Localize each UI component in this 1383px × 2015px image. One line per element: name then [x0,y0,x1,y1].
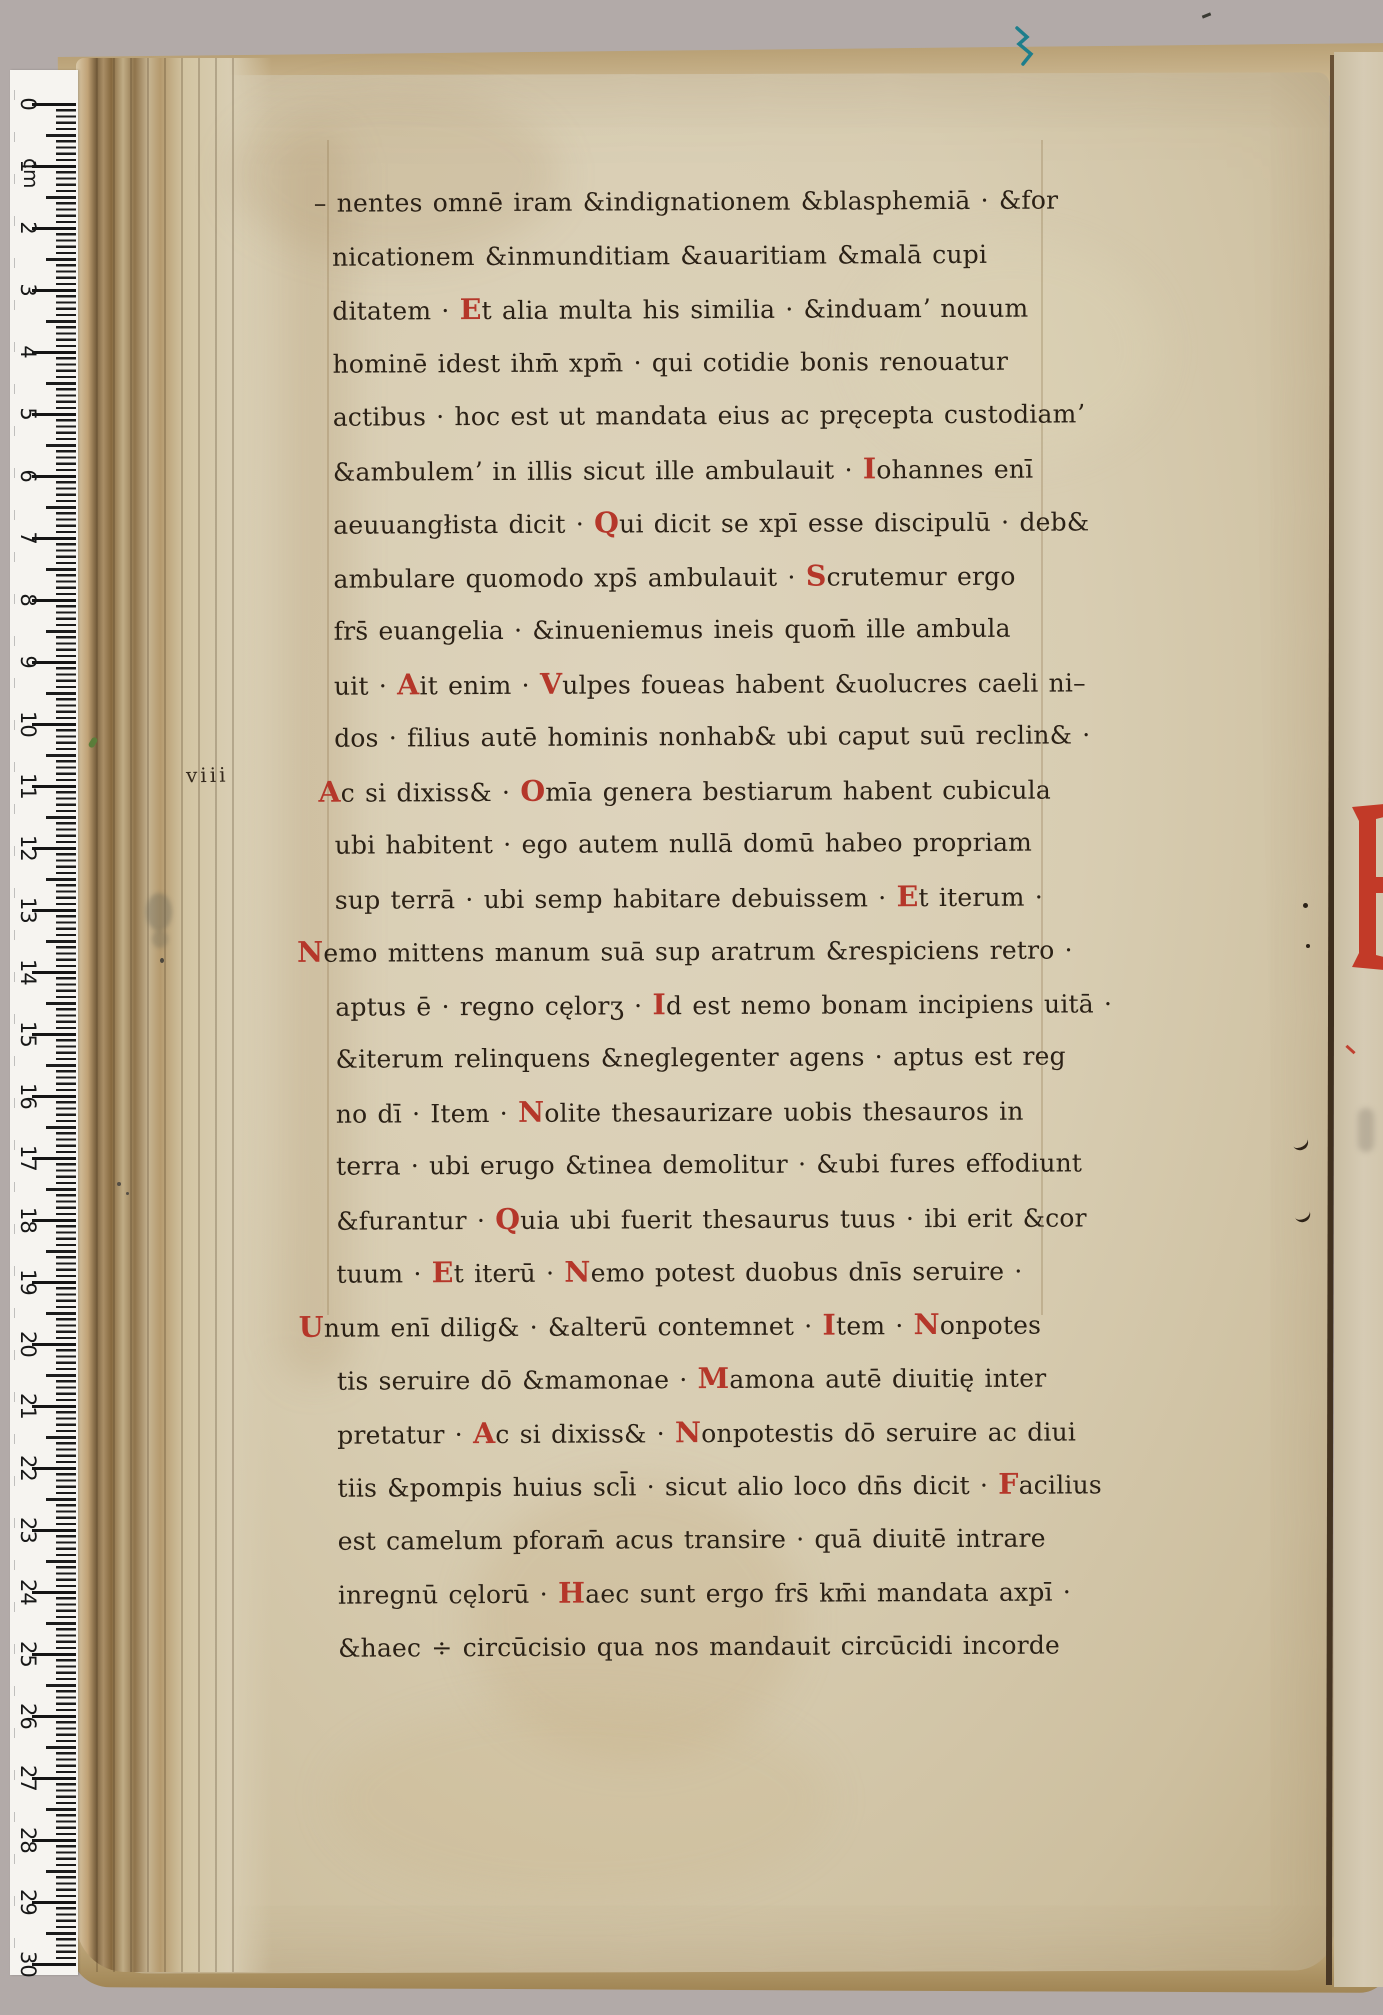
text-segment: c si dixiss& · [495,1419,675,1449]
manuscript-line: pretatur · Ac si dixiss& · Nonpotestis d… [337,1404,1114,1461]
ruler-half-cm-tick [46,1312,76,1315]
manuscript-line: nicationem &inmunditiam &auaritiam &malā… [332,227,1109,284]
ruler-half-cm-tick [46,754,76,757]
rubric-letter: M [698,1361,730,1395]
ruler-number: 27 [15,1765,41,1791]
ink-speck [160,958,164,963]
text-segment: uia ubi fuerit thesaurus tuus · ibi erit… [520,1203,1087,1234]
manuscript-line: tis seruire dō &mamonae · Mamona autē di… [337,1350,1114,1407]
facing-page-edge [1334,52,1383,1987]
rubric-letter: E [460,292,482,326]
ruler-number: 20 [15,1331,41,1357]
book-gutter-page-lines [96,58,246,1972]
margin-smudge [146,893,172,931]
ruler-half-cm-tick [46,878,76,881]
ruler-half-cm-tick [46,320,76,323]
text-segment: acilius [1019,1470,1102,1499]
manuscript-line: uit · Ait enim · Vulpes foueas habent &u… [334,655,1111,712]
ruler-number: 23 [15,1517,41,1543]
ruler-number: 24 [15,1579,41,1605]
text-segment: ambulare quomodo xps̄ ambulauit · [333,562,805,593]
ink-speck [126,1192,129,1195]
facing-page-red-initial [1346,803,1383,971]
ruler-number: 30 [15,1951,41,1977]
ruler-number: 22 [15,1455,41,1481]
ink-speck [1303,903,1308,908]
rubric-letter: N [297,935,323,969]
text-segment: tem · [836,1311,914,1340]
ruler-number: 19 [15,1269,41,1295]
ruler-half-cm-tick [46,444,76,447]
text-segment: olite thesaurizare uobis thesauros in [544,1096,1023,1127]
ruler-number: 4 [15,339,41,365]
ruler-number: 5 [15,401,41,427]
ruler-half-cm-tick [46,1064,76,1067]
ruler-half-cm-tick [46,816,76,819]
rubric-letter: O [520,773,545,807]
text-segment: t iterū · [454,1259,565,1288]
ruler-number: 2 [15,215,41,241]
text-segment: &iterum relinquens &neglegenter agens · … [336,1042,1066,1074]
ruler-number: 18 [15,1207,41,1233]
rubric-letter: I [863,451,877,485]
manuscript-line: sup terrā · ubi semp habitare debuissem … [335,869,1112,926]
rubric-letter: E [896,879,918,913]
ruler-number: 9 [15,649,41,675]
ruler-number: 7 [15,525,41,551]
text-segment: emo mittens manum suā sup aratrum &respi… [323,935,1073,967]
text-segment: &ambulemʼ in illis sicut ille ambulauit … [333,455,863,486]
text-segment: aec sunt ergo frs̄ km̄i mandata axpī · [585,1577,1071,1608]
manuscript-line: &ambulemʼ in illis sicut ille ambulauit … [333,441,1110,498]
ruler-half-cm-tick [46,1436,76,1439]
ruler-number: 8 [15,587,41,613]
rubric-letter: H [558,1576,585,1610]
parchment-stain [330,1700,830,1900]
rubric-letter: E [432,1255,454,1289]
ruler-half-cm-tick [46,1932,76,1935]
manuscript-line: &haec ÷ circūcisio qua nos mandauit circ… [338,1618,1115,1675]
text-segment: emo potest duobus dnīs seruire · [591,1257,1023,1288]
ruler-number: 14 [15,959,41,985]
text-segment: actibus · hoc est ut mandata eius ac prę… [333,399,1085,431]
ruler-half-cm-tick [46,1188,76,1191]
text-segment: num enī dilig& · &alterū contemnet · [324,1311,823,1342]
ruler-half-cm-tick [46,1808,76,1811]
ruler-half-cm-tick [46,382,76,385]
rubric-letter: I [822,1307,836,1341]
text-segment: &furantur · [336,1205,495,1235]
text-segment: amona autē diuitię inter [729,1364,1046,1394]
text-segment: dos · filius autē hominis nonhab& ubi ca… [334,720,1090,752]
text-segment: tuum · [336,1259,431,1288]
manuscript-line: tuum · Et iterū · Nemo potest duobus dnī… [336,1243,1113,1300]
text-segment: ui dicit se xpī esse discipulū · deb& [619,507,1089,538]
text-segment: ulpes foueas habent &uolucres caeli ni– [562,668,1086,699]
ruler: cm 0123456789101112131415161718192021222… [10,70,78,1975]
ruler-half-cm-tick [46,134,76,137]
manuscript-line: – nentes omnē iram &indignationem &blasp… [314,173,1109,230]
manuscript-line: frs̄ euangelia · &inueniemus ineis quom̄… [334,601,1111,658]
ruler-half-cm-tick [46,1622,76,1625]
ruler-half-cm-tick [46,1498,76,1501]
text-segment: ubi habitent · ego autem nullā domū habe… [335,828,1033,860]
text-segment: ohannes enī [876,454,1033,484]
manuscript-line: &iterum relinquens &neglegenter agens · … [335,1029,1112,1086]
ruler-half-cm-tick [46,258,76,261]
rubric-letter: N [914,1307,940,1341]
teal-thread-mark [1013,24,1043,68]
text-segment: frs̄ euangelia · &inueniemus ineis quom̄… [334,614,1011,646]
manuscript-line: no dī · Item · Nolite thesaurizare uobis… [336,1083,1113,1140]
ruler-number: 0 [15,91,41,117]
text-segment: uit · [334,671,397,700]
ink-speck [117,1182,121,1186]
text-segment: nicationem &inmunditiam &auaritiam &malā… [332,239,987,271]
text-segment: pretatur · [337,1420,473,1450]
rubric-letter: N [675,1415,701,1449]
text-segment: t alia multa his similia · &induamʼ nouu… [482,294,1029,325]
text-segment: hominē idest ihm̄ xpm̄ · qui cotidie bon… [332,346,1008,378]
ruler-half-cm-tick [46,568,76,571]
text-segment: mīa genera bestiarum habent cubicula [545,775,1051,806]
margin-smudge [152,930,168,948]
ruler-half-cm-tick [46,1870,76,1873]
ruler-half-cm-tick [46,1126,76,1129]
manuscript-line: actibus · hoc est ut mandata eius ac prę… [333,387,1110,444]
ruler-number: 3 [15,277,41,303]
rubric-letter: Q [495,1201,520,1235]
text-segment: crutemur ergo [827,561,1016,591]
rubric-letter: I [652,987,666,1021]
ruler-half-cm-tick [46,1250,76,1253]
manuscript-line: dos · filius autē hominis nonhab& ubi ca… [334,708,1111,765]
manuscript-line: ambulare quomodo xps̄ ambulauit · Scrute… [333,548,1110,605]
text-segment: no dī · Item · [336,1098,518,1128]
rubric-letter: N [564,1255,590,1289]
text-segment: c si dixiss& · [341,777,521,807]
text-segment: onpotes [940,1310,1041,1339]
text-segment: onpotestis dō seruire ac diui [701,1417,1076,1448]
text-segment: terra · ubi erugo &tinea demolitur · &ub… [336,1148,1082,1180]
ink-showthrough [1358,1108,1374,1152]
ruler-number: 28 [15,1827,41,1853]
text-segment: ditatem · [332,296,459,326]
ruler-number: 15 [15,1021,41,1047]
ruler-half-cm-tick [46,1374,76,1377]
rubric-letter: N [518,1094,544,1128]
ruler-number: 25 [15,1641,41,1667]
ruler-number: 17 [15,1145,41,1171]
rubric-letter: U [299,1309,324,1343]
rubric-letter: A [473,1415,495,1449]
text-segment: tiis &pompis huius scl̄i · sicut alio lo… [337,1471,998,1503]
ruler-number: 1 [15,153,41,179]
small-ink-tick [1202,12,1211,18]
ruler-number: 26 [15,1703,41,1729]
ruler-half-cm-tick [46,630,76,633]
rubric-letter: A [397,667,419,701]
ruler-number: 29 [15,1889,41,1915]
text-segment: d est nemo bonam incipiens uitā · [666,989,1112,1020]
rubric-letter: F [998,1467,1019,1501]
ruler-half-cm-tick [46,1746,76,1749]
ruler-half-cm-tick [46,1684,76,1687]
text-segment: – nentes omnē iram &indignationem &blasp… [314,186,1059,218]
text-segment: tis seruire dō &mamonae · [337,1365,698,1396]
text-segment: aptus ē · regno cęlorʒ · [335,991,652,1021]
ruler-half-cm-tick [46,196,76,199]
manuscript-line: Nemo mittens manum suā sup aratrum &resp… [297,922,1112,979]
manuscript-line: inregnū cęlorū · Haec sunt ergo frs̄ km̄… [338,1564,1115,1621]
manuscript-line: Ac si dixiss& · Omīa genera bestiarum ha… [318,762,1111,819]
ruler-half-cm-tick [46,506,76,509]
ruler-number: 13 [15,897,41,923]
manuscript-line: ubi habitent · ego autem nullā domū habe… [335,815,1112,872]
ruler-number: 16 [15,1083,41,1109]
ruler-number: 11 [15,773,41,799]
text-block: – nentes omnē iram &indignationem &blasp… [332,173,1115,1674]
ruler-half-cm-tick [46,692,76,695]
ruler-number: 10 [15,711,41,737]
ruling-line-left [327,140,329,1315]
manuscript-line: terra · ubi erugo &tinea demolitur · &ub… [336,1136,1113,1193]
ruler-number: 6 [15,463,41,489]
manuscript-line: &furantur · Quia ubi fuerit thesaurus tu… [336,1190,1113,1247]
text-segment: est camelum pforam̄ acus transire · quā … [338,1523,1046,1555]
manuscript-line: tiis &pompis huius scl̄i · sicut alio lo… [337,1457,1114,1514]
rubric-letter: A [318,774,340,808]
manuscript-line: Unum enī dilig& · &alterū contemnet · It… [299,1297,1114,1354]
ruler-half-cm-tick [46,940,76,943]
ruler-number: 21 [15,1393,41,1419]
manuscript-line: ditatem · Et alia multa his similia · &i… [332,280,1109,337]
ruler-half-cm-tick [46,1002,76,1005]
ruler-scale: 0123456789101112131415161718192021222324… [10,103,78,1965]
quire-mark: viii [186,763,229,788]
text-segment: t iterum · [918,882,1043,912]
rubric-letter: V [540,666,562,700]
ink-speck [1306,944,1310,948]
ruler-number: 12 [15,835,41,861]
manuscript-line: aptus ē · regno cęlorʒ · Id est nemo bon… [335,976,1112,1033]
ruler-half-cm-tick [46,1560,76,1563]
manuscript-line: est camelum pforam̄ acus transire · quā … [338,1511,1115,1568]
text-segment: aeuuangłista dicit · [333,510,594,540]
text-segment: sup terrā · ubi semp habitare debuissem … [335,883,897,914]
manuscript-line: hominē idest ihm̄ xpm̄ · qui cotidie bon… [332,334,1109,391]
manuscript-line: aeuuangłista dicit · Qui dicit se xpī es… [333,494,1110,551]
manuscript-photo: viii – nentes omnē iram &indignationem &… [0,0,1383,2015]
text-segment: it enim · [419,670,540,700]
rubric-letter: Q [594,505,619,539]
text-segment: inregnū cęlorū · [338,1580,558,1610]
rubric-letter: S [806,558,827,592]
text-segment: &haec ÷ circūcisio qua nos mandauit circ… [338,1630,1060,1662]
